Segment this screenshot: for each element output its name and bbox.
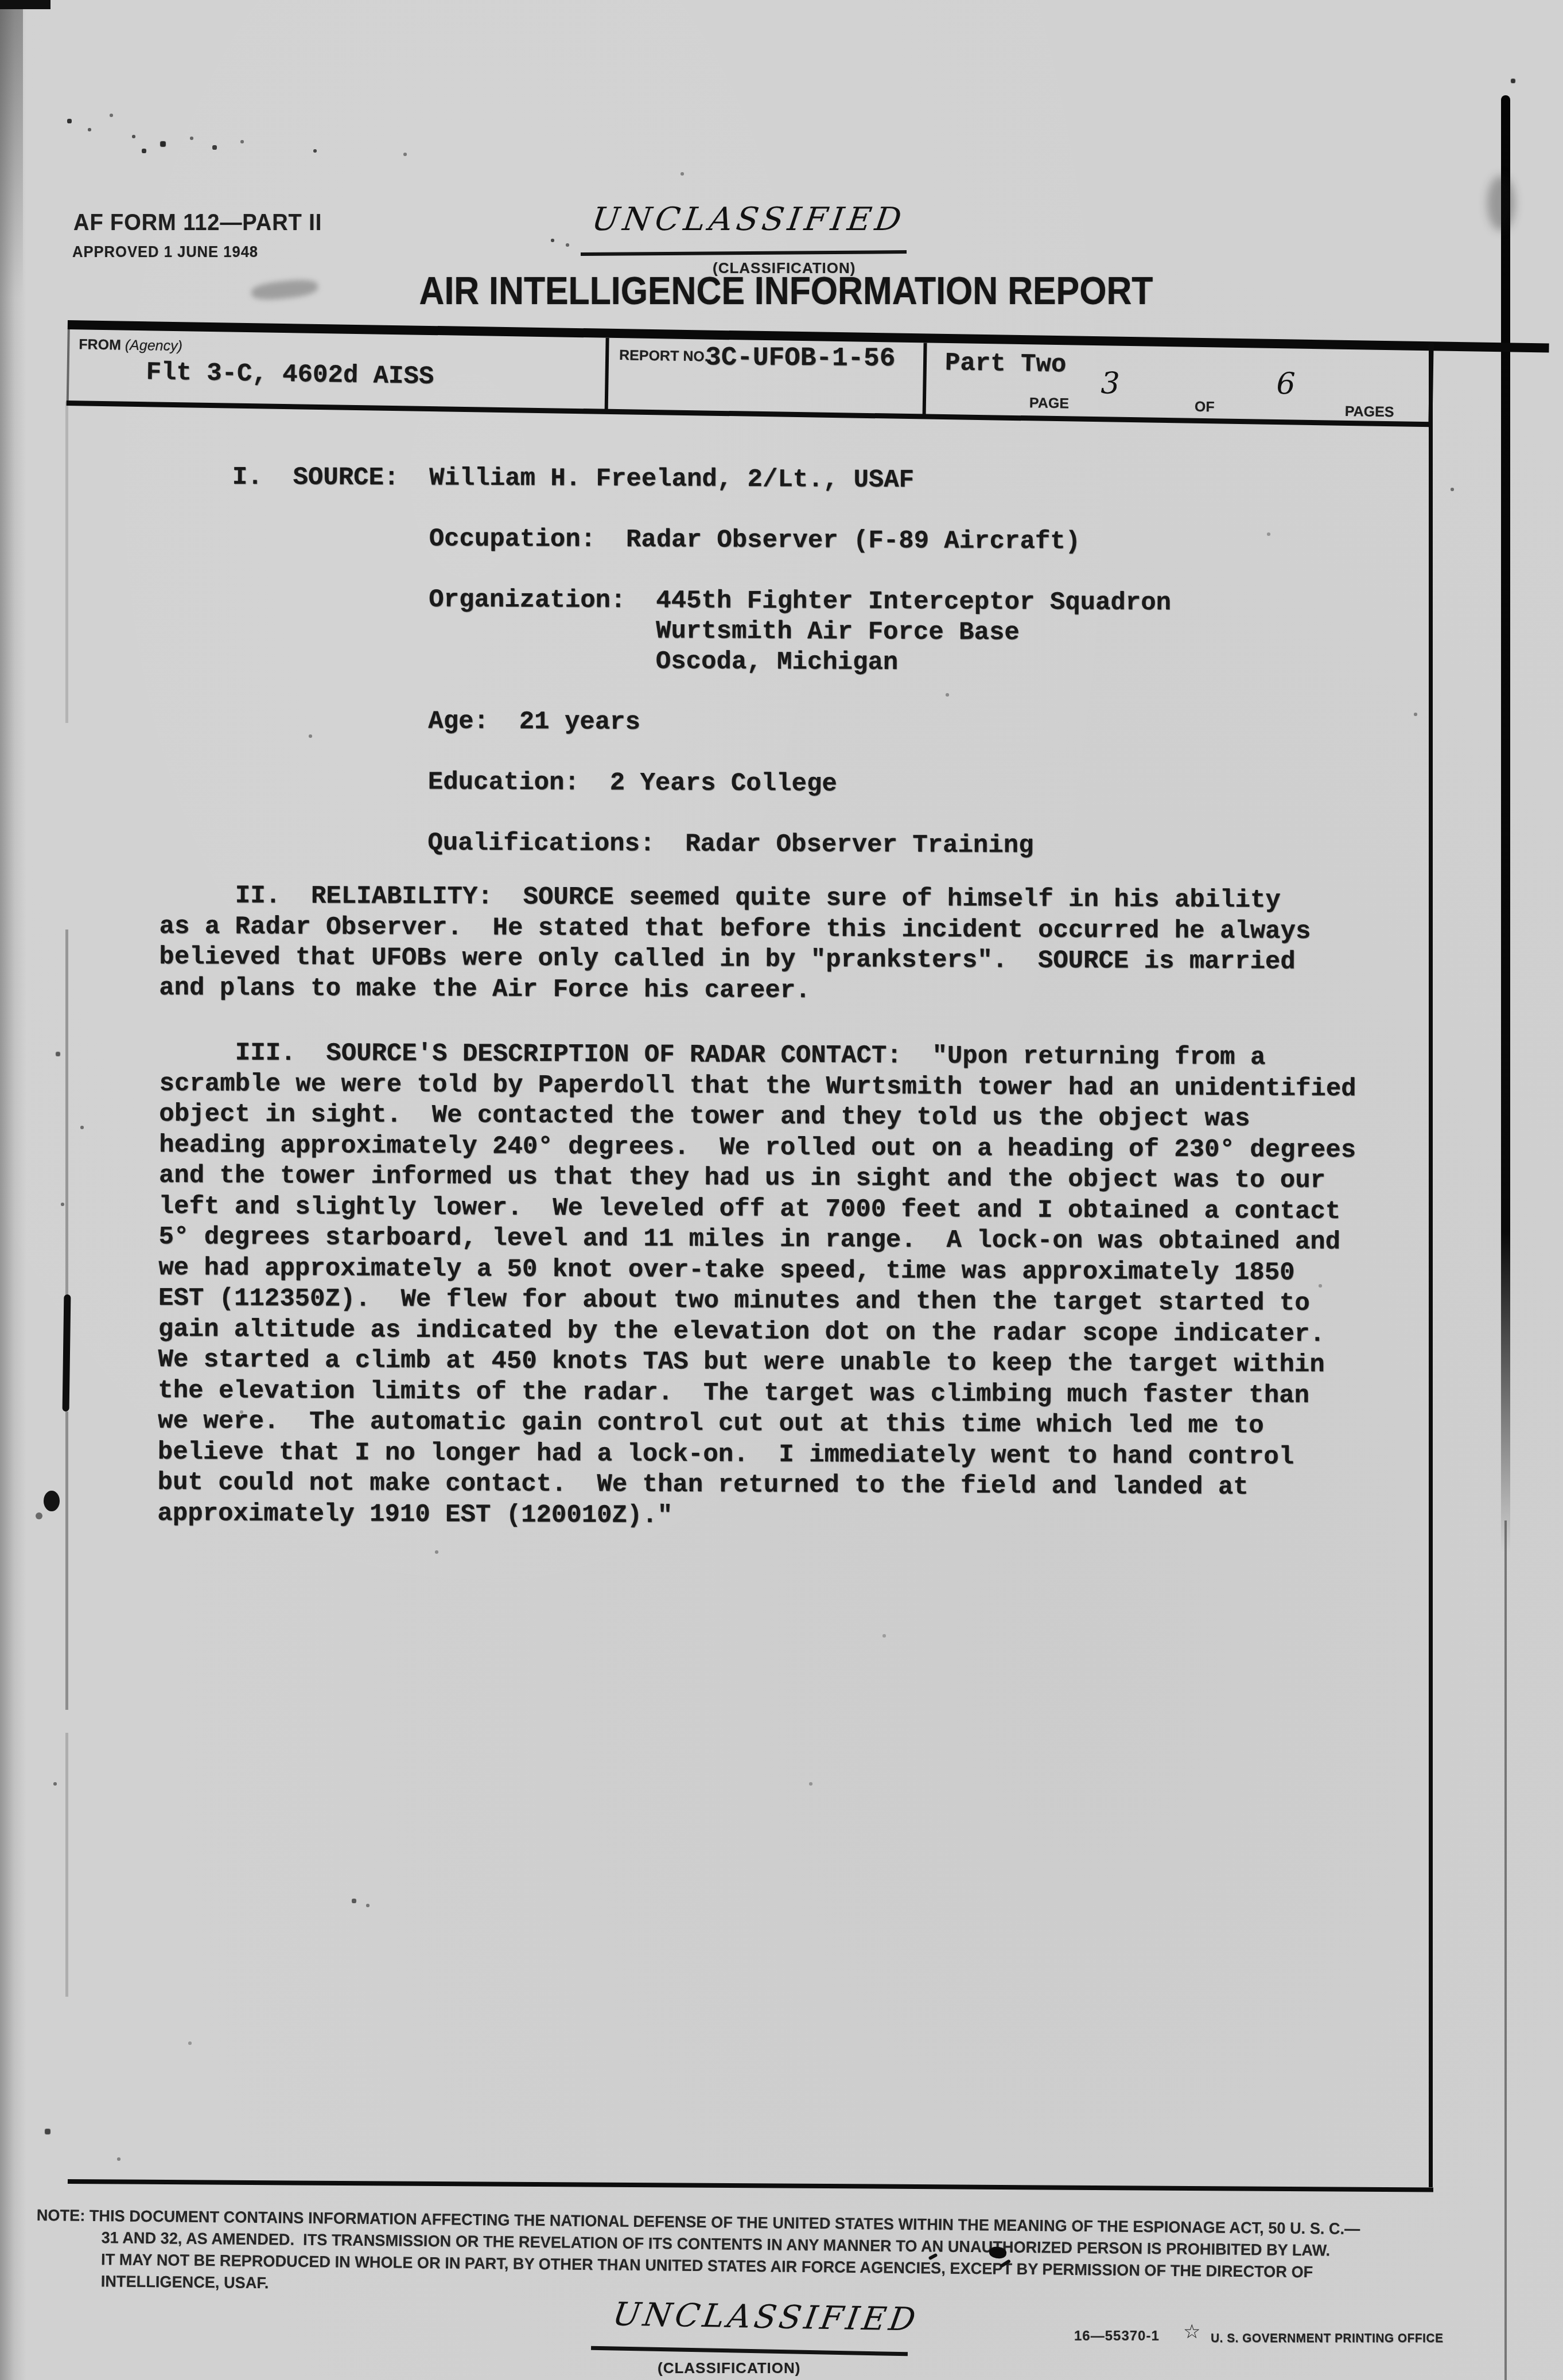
pages-label: PAGES [1345, 403, 1394, 421]
form-border-left-segment [65, 1411, 68, 1710]
classification-underline-top [581, 250, 907, 256]
from-label-text: FROM [79, 336, 125, 353]
report-title: AIR INTELLIGENCE INFORMATION REPORT [388, 271, 1184, 310]
section-source: I. SOURCE: William H. Freeland, 2/Lt., U… [231, 462, 1172, 862]
form-border-right [1429, 344, 1433, 2187]
form-approved-date: APPROVED 1 JUNE 1948 [72, 243, 258, 261]
page-label: PAGE [1029, 395, 1069, 412]
page-number: 3 [1101, 366, 1120, 401]
form-border-left-segment [65, 1733, 68, 1997]
form-border-left-segment [65, 930, 68, 1297]
classification-stamp-top: UNCLASSIFIED [589, 201, 907, 238]
star-icon: ☆ [1183, 2320, 1200, 2343]
table-divider-2 [923, 343, 927, 415]
report-no-label: REPORT NO. [619, 347, 709, 365]
form-border-bottom [68, 2179, 1433, 2192]
scan-right-edge-line-faint [1504, 1520, 1507, 2380]
section-radar-contact-description: III. SOURCE'S DESCRIPTION OF RADAR CONTA… [157, 1038, 1356, 1534]
table-divider-1 [605, 338, 609, 410]
table-border-bottom [67, 400, 1432, 427]
printing-office-credit: U. S. GOVERNMENT PRINTING OFFICE [1211, 2331, 1443, 2346]
pencil-smudge [251, 278, 319, 302]
from-label-agency: (Agency) [125, 337, 182, 355]
ink-blot [44, 1491, 60, 1511]
total-pages-number: 6 [1276, 367, 1296, 402]
scan-corner-mark [0, 0, 50, 9]
security-note: NOTE: THIS DOCUMENT CONTAINS INFORMATION… [36, 2204, 1360, 2305]
report-no-value: 3C-UFOB-1-56 [705, 343, 896, 374]
table-border-left [67, 329, 70, 402]
form-number: AF FORM 112—PART II [73, 210, 322, 236]
ink-smudge [1487, 176, 1515, 231]
scan-right-edge-line [1501, 95, 1510, 1553]
from-field-label: FROM (Agency) [79, 336, 182, 355]
scan-left-edge-shadow-top [0, 0, 23, 298]
of-label: OF [1195, 399, 1215, 416]
from-field-value: Flt 3-C, 4602d AISS [146, 358, 434, 391]
header-table: FROM (Agency) Flt 3-C, 4602d AISS REPORT… [67, 320, 1549, 431]
print-code: 16—55370-1 [1074, 2328, 1160, 2344]
ink-blot-small [36, 1512, 42, 1519]
scan-left-edge-shadow [0, 0, 26, 2380]
noise-specks [0, 0, 1, 1]
classification-underline-bottom [591, 2346, 908, 2356]
form-border-left-segment [65, 402, 68, 723]
section-reliability: II. RELIABILITY: SOURCE seemed quite sur… [159, 881, 1311, 1009]
part-value: Part Two [945, 349, 1067, 379]
classification-stamp-bottom: UNCLASSIFIED [611, 2296, 922, 2338]
left-margin-ink-stroke [63, 1294, 71, 1411]
scanned-document-page: AF FORM 112—PART II APPROVED 1 JUNE 1948… [0, 0, 1563, 2380]
classification-caption-bottom: (CLASSIFICATION) [658, 2359, 801, 2377]
